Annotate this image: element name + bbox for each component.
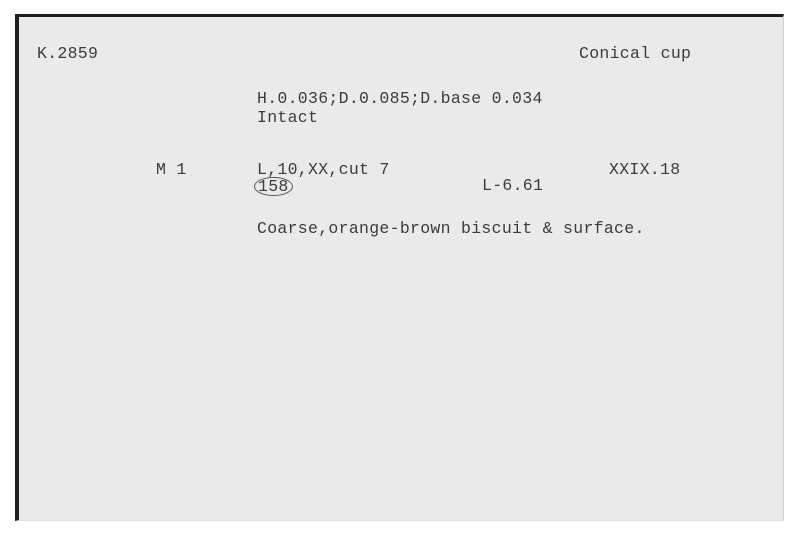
date-code: XXIX.18 — [609, 161, 680, 179]
mark: M 1 — [156, 161, 187, 179]
circled-number: 158 — [257, 177, 293, 196]
circled-number-value: 158 — [254, 177, 293, 196]
dimensions: H.0.036;D.0.085;D.base 0.034 — [257, 90, 543, 108]
condition: Intact — [257, 109, 318, 127]
catalog-number: K.2859 — [37, 45, 98, 63]
description: Coarse,orange-brown biscuit & surface. — [257, 220, 645, 238]
catalog-card: K.2859 Conical cup H.0.036;D.0.085;D.bas… — [15, 14, 784, 521]
reference: L-6.61 — [482, 177, 543, 195]
object-type: Conical cup — [579, 45, 691, 63]
